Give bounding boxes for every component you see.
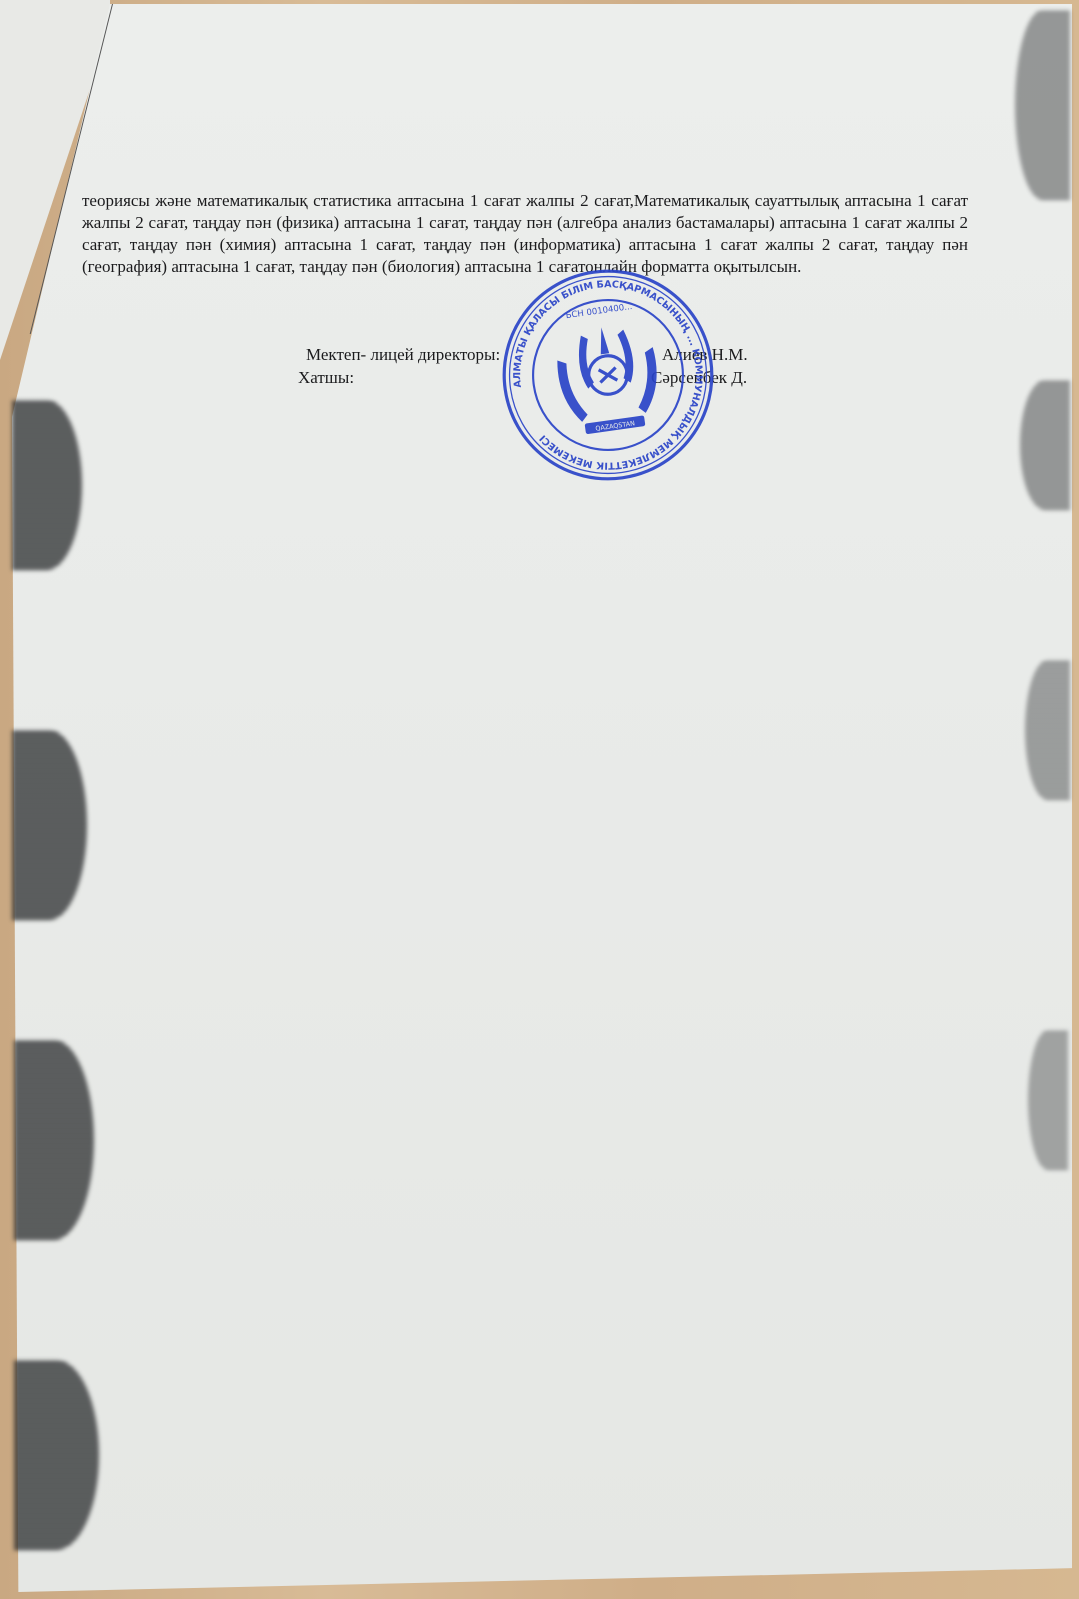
- official-stamp: АЛМАТЫ ҚАЛАСЫ БІЛІМ БАСҚАРМАСЫНЫҢ ... КО…: [487, 254, 729, 496]
- toner-smudge: [12, 730, 87, 920]
- toner-smudge: [12, 400, 82, 570]
- toner-smudge: [1025, 660, 1070, 800]
- toner-smudge: [14, 1040, 94, 1240]
- toner-smudge: [1020, 380, 1070, 510]
- stamp-emblem-label: QAZAQSTAN: [595, 419, 636, 432]
- toner-smudge: [1028, 1030, 1068, 1170]
- toner-smudge: [14, 1360, 99, 1550]
- toner-smudge: [1015, 10, 1070, 200]
- director-role: Мектеп- лицей директоры:: [306, 345, 500, 365]
- secretary-role: Хатшы:: [298, 368, 354, 388]
- stamp-bin: БСН 0010400...: [565, 302, 633, 321]
- body-paragraph: теориясы және математикалық статистика а…: [82, 190, 968, 278]
